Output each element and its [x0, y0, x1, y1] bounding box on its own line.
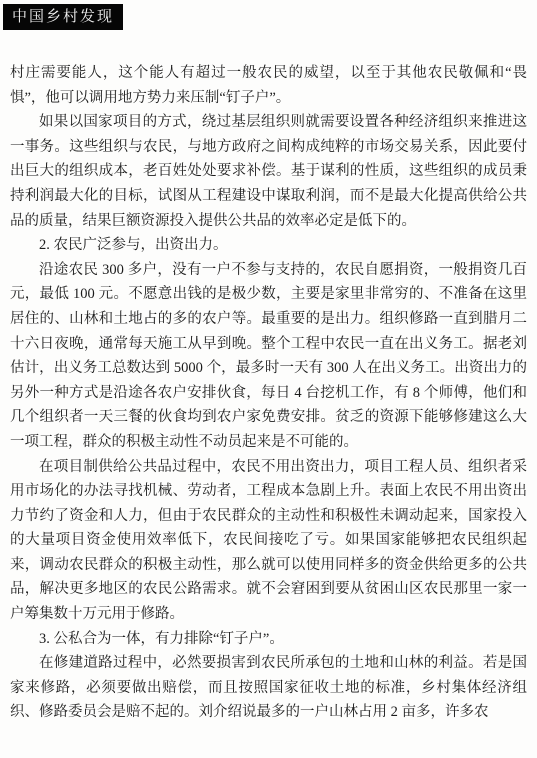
numbered-list-item: 2. 农民广泛参与，出资出力。: [10, 233, 527, 258]
body-paragraph: 沿途农民 300 多户，没有一户不参与支持的，农民自愿捐资，一般捐资几百元，最低…: [10, 258, 527, 455]
body-paragraph: 在修建道路过程中，必然要损害到农民所承包的土地和山林的利益。若是国家来修路，必须…: [10, 651, 527, 725]
document-page: 中国乡村发现 村庄需要能人，这个能人有超过一般农民的威望，以至于其他农民敬佩和“…: [0, 0, 537, 758]
body-paragraph: 村庄需要能人，这个能人有超过一般农民的威望，以至于其他农民敬佩和“畏惧”，他可以…: [10, 61, 527, 110]
body-text-block: 村庄需要能人，这个能人有超过一般农民的威望，以至于其他农民敬佩和“畏惧”，他可以…: [10, 61, 527, 725]
body-paragraph: 如果以国家项目的方式，绕过基层组织则就需要设置各种经济组织来推进这一事务。这些组…: [10, 110, 527, 233]
body-paragraph: 在项目制供给公共品过程中，农民不用出资出力，项目工程人员、组织者采用市场化的办法…: [10, 455, 527, 627]
masthead-badge: 中国乡村发现: [3, 4, 123, 30]
masthead-title: 中国乡村发现: [12, 9, 114, 25]
numbered-list-item: 3. 公私合为一体，有力排除“钉子户”。: [10, 627, 527, 652]
